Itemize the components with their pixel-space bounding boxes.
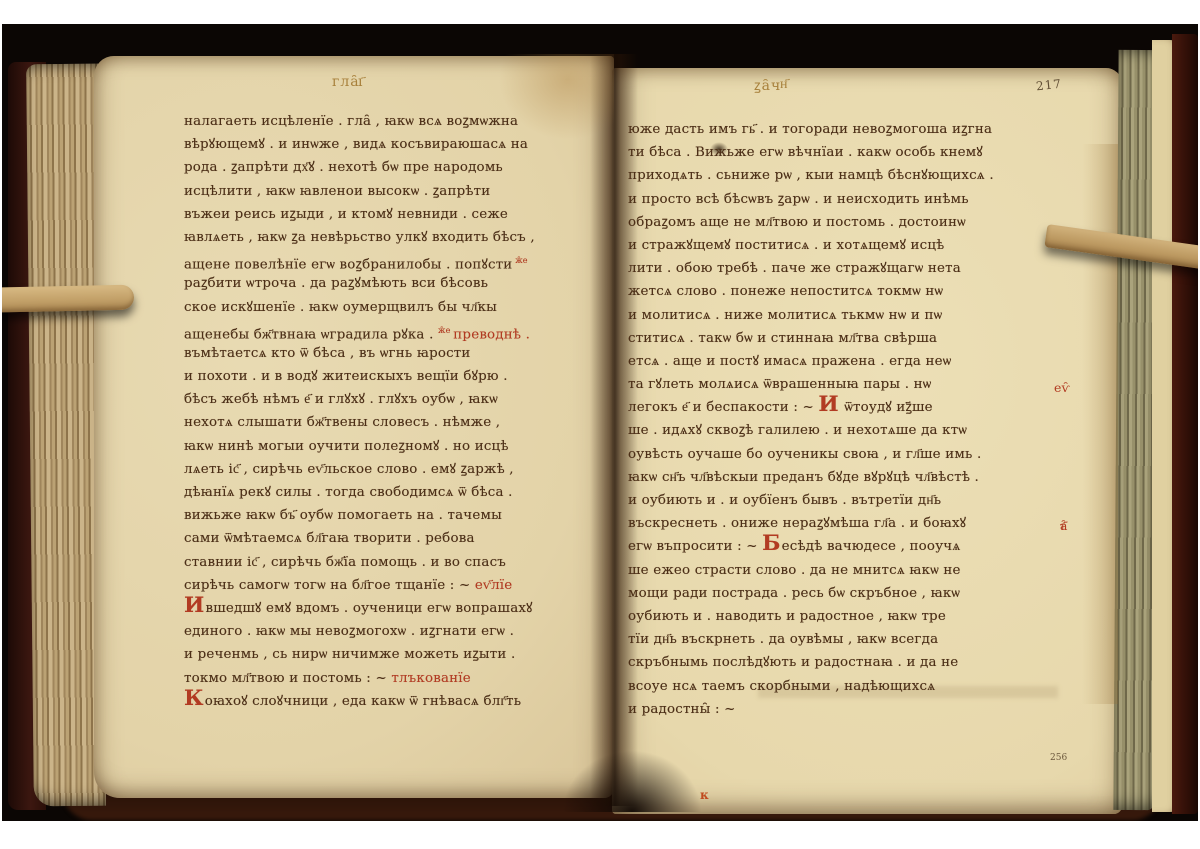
manuscript-text-line: ꙗкѡ нинѣ могыи оучити полеꙁномꙋ . но исц…	[184, 435, 620, 458]
zachalo-label: ꙁа̑ч	[754, 76, 781, 95]
ink-text: скръбнымь послѣдꙋють и радостнаꙗ . и да …	[628, 655, 958, 670]
rubric-text: К	[184, 686, 204, 711]
manuscript-text-line: легокъ е҃ и беспакости : ~ И ѿтоудꙋ иꙁ҃ш…	[628, 396, 1064, 419]
left-page-text: налагаеть исцѣленїе . гла̑ , ꙗкѡ всѧ воꙁ…	[184, 110, 620, 713]
manuscript-text-line: ти бѣса . Вижьже егѡ вѣчнїаи . какѡ особ…	[628, 141, 1064, 164]
right-leather-cover	[1172, 34, 1198, 814]
manuscript-text-line: скръбнымь послѣдꙋють и радостнаꙗ . и да …	[628, 651, 1064, 674]
chapter-label: гла̑	[332, 74, 360, 90]
manuscript-text-line: лити . обою требѣ . паче же стражꙋщагѡ н…	[628, 257, 1064, 280]
ink-text: лити . обою требѣ . паче же стражꙋщагѡ н…	[628, 261, 961, 276]
manuscript-text-line: раꙁбити ѡтроча . да раꙁꙋмѣють вси бѣсовь	[184, 272, 620, 295]
manuscript-text-line: налагаеть исцѣленїе . гла̑ , ꙗкѡ всѧ воꙁ…	[184, 110, 620, 133]
ink-text: вижьже ꙗкѡ бъ҃ оубѡ помогаеть на . тачем…	[184, 508, 502, 523]
manuscript-text-line: лѧеть іс҃ , сирѣчь еѵ҃льское слово . емꙋ…	[184, 458, 620, 481]
page-stain	[1082, 144, 1118, 704]
manuscript-text-line: ставнии іс҃ , сирѣчь бж҃їа помощь . и во…	[184, 551, 620, 574]
ink-text: и радостны̑ : ~	[628, 702, 736, 717]
ink-text: въмѣтаетсѧ кто ѿ бѣса , въ ѡгнь ꙗрости	[184, 346, 471, 361]
margin-note-bottom: т҃	[1060, 520, 1065, 532]
rubric-text: И	[184, 593, 204, 618]
ink-text: бѣсъ жебѣ нѣмъ е҃ и глꙋхꙋ . глꙋхъ оубѡ ,…	[184, 392, 498, 407]
manuscript-text-line: вижьже ꙗкѡ бъ҃ оубѡ помогаеть на . тачем…	[184, 504, 620, 527]
ink-text: и стражꙋщемꙋ поститисѧ . и хотѧщемꙋ исцѣ	[628, 238, 944, 253]
ink-text: юже дасть имъ гь҃ . и тогоради невоꙁмого…	[628, 122, 992, 137]
rubric-text: ж̑е	[438, 326, 453, 335]
ink-text: ꙗкѡ нинѣ могыи оучити полеꙁномꙋ . но исц…	[184, 439, 509, 454]
manuscript-text-line: сирѣчь самогѡ тогѡ на бл҃гое тщанїе : ~ …	[184, 574, 620, 597]
gutter-bottom-shadow	[562, 750, 702, 812]
ink-text: ащене повелѣнїе егѡ воꙁбранилобы . попꙋс…	[184, 258, 512, 273]
manuscript-text-line: та гꙋлеть молѧисѧ ѿврашенныꙗ пары . нѡ	[628, 373, 1064, 396]
manuscript-text-line: ше . идѧхꙋ сквоꙁѣ галилею . и нехотѧше д…	[628, 419, 1064, 442]
ink-text: обраꙁомъ аще не мл҃твою и постомь . дост…	[628, 215, 966, 230]
manuscript-text-line: егѡ въпросити : ~ Бесѣдѣ вачюдесе , пооу…	[628, 535, 1064, 558]
manuscript-text-line: ꙗкѡ сн҃ъ чл҃вѣскыи преданъ бꙋде вꙋрꙋцѣ ч…	[628, 466, 1064, 489]
manuscript-text-line: и просто всѣ бѣсѡвъ ꙁарѡ . и неисходить …	[628, 188, 1064, 211]
ink-text: вѣрꙋющемꙋ . и инѡже , видѧ косъвираюшасѧ…	[184, 137, 528, 152]
ink-text: налагаеть исцѣленїе . гла̑ , ꙗкѡ всѧ воꙁ…	[184, 114, 518, 129]
manuscript-text-line: Коꙗхоꙋ слоꙋчници , еда какѡ ѿ гнѣвасѧ бл…	[184, 690, 620, 713]
rubric-text: тлъкованїе	[391, 671, 471, 686]
ink-text: въскреснеть . ониже нераꙁꙋмѣша гл҃а . и …	[628, 516, 966, 531]
rubric-text: Б	[762, 531, 781, 556]
manuscript-text-line: обраꙁомъ аще не мл҃твою и постомь . дост…	[628, 211, 1064, 234]
zachalo-number: н҃	[780, 76, 789, 93]
ink-text: ꙗкѡ сн҃ъ чл҃вѣскыи преданъ бꙋде вꙋрꙋцѣ ч…	[628, 470, 979, 485]
manuscript-text-line: етсѧ . аще и постꙋ имасѧ пражена . егда …	[628, 350, 1064, 373]
ink-text: и просто всѣ бѣсѡвъ ꙁарѡ . и неисходить …	[628, 192, 969, 207]
left-wooden-clasp-stick	[2, 285, 134, 313]
rubric-text: преводнѣ .	[453, 327, 530, 342]
manuscript-text-line: оувѣсть оучаше бо оученикы своꙗ , и гл҃ш…	[628, 443, 1064, 466]
ink-text: етсѧ . аще и постꙋ имасѧ пражена . егда …	[628, 354, 951, 369]
manuscript-text-line: въмѣтаетсѧ кто ѿ бѣса , въ ѡгнь ꙗрости	[184, 342, 620, 365]
manuscript-text-line: исцѣлити , ꙗкѡ ꙗвленои высокѡ . ꙁапрѣти	[184, 180, 620, 203]
ink-text: ское искꙋшенїе . ꙗкѡ оумерщвилъ бы чл҃кы	[184, 300, 497, 315]
ink-text: ше ежео страсти слово . да не мнитсѧ ꙗкѡ…	[628, 563, 961, 578]
manuscript-text-line: ащенебы бж҃твнаꙗ ѡградила рꙋка . ж̑е пре…	[184, 319, 620, 342]
ink-text: въжеи реись иꙁыди , и ктомꙋ невниди . се…	[184, 207, 508, 222]
ink-text: та гꙋлеть молѧисѧ ѿврашенныꙗ пары . нѡ	[628, 377, 931, 392]
ink-text: единого . ꙗкѡ мы невоꙁмогохѡ . иꙁгнати е…	[184, 624, 514, 639]
rubric-text: еѵ҃лїе	[475, 578, 513, 593]
folio-number-top: 217	[1035, 77, 1062, 94]
ink-text: рода . ꙁапрѣти дх҃ꙋ . нехотѣ бѡ пре наро…	[184, 160, 503, 175]
ink-text: исцѣлити , ꙗкѡ ꙗвленои высокѡ . ꙁапрѣти	[184, 184, 490, 199]
manuscript-text-line: ше ежео страсти слово . да не мнитсѧ ꙗкѡ…	[628, 559, 1064, 582]
ink-text: есѣдѣ вачюдесе , пооучѧ	[782, 539, 961, 554]
manuscript-text-line: Ившедшꙋ емꙋ вдомъ . оученици егѡ вопраша…	[184, 597, 620, 620]
manuscript-text-line: и молитисѧ . ниже молитисѧ тькмѡ нѡ и пѡ	[628, 304, 1064, 327]
ink-text: раꙁбити ѡтроча . да раꙁꙋмѣють вси бѣсовь	[184, 276, 488, 291]
ink-text: и реченмь , сь нирѡ ничимже можеть иꙁыти…	[184, 647, 515, 662]
manuscript-text-line: дѣꙗнїѧ рекꙋ силы . тогда свободимсѧ ѿ бѣ…	[184, 481, 620, 504]
ink-text: егѡ въпросити : ~	[628, 539, 762, 554]
manuscript-text-line: рода . ꙁапрѣти дх҃ꙋ . нехотѣ бѡ пре наро…	[184, 156, 620, 179]
ink-text: ѿтоудꙋ иꙁ҃ше	[840, 400, 933, 415]
manuscript-text-line: юже дасть имъ гь҃ . и тогоради невоꙁмого…	[628, 118, 1064, 141]
rubric-text: ж̑е	[512, 256, 527, 265]
margin-note-gospel: еѵ̑	[1054, 382, 1070, 394]
ink-text: и молитисѧ . ниже молитисѧ тькмѡ нѡ и пѡ	[628, 308, 942, 323]
ink-text: нехотѧ слышати бж҃твены словесъ . нѣмже …	[184, 415, 500, 430]
manuscript-text-line: всоуе нсѧ таемъ скорбными , надѣющихсѧ	[628, 675, 1064, 698]
ink-text: сами ѿмѣтаемсѧ бл҃гаꙗ творити . ребова	[184, 531, 475, 546]
ink-text: ти бѣса . Вижьже егѡ вѣчнїаи . какѡ особ…	[628, 145, 983, 160]
manuscript-text-line: приходѧть . сьниже рѡ , кыи намцѣ бѣснꙋю…	[628, 164, 1064, 187]
manuscript-text-line: сами ѿмѣтаемсѧ бл҃гаꙗ творити . ребова	[184, 527, 620, 550]
manuscript-text-line: тїи дн҃ь въскрнеть . да оувѣмы , ꙗкѡ все…	[628, 628, 1064, 651]
manuscript-text-line: токмо мл҃твою и постомь : ~ тлъкованїе	[184, 667, 620, 690]
manuscript-text-line: нехотѧ слышати бж҃твены словесъ . нѣмже …	[184, 411, 620, 434]
manuscript-text-line: мощи ради пострада . ресь бѡ скръбное , …	[628, 582, 1064, 605]
folio-number-bottom: 256	[1050, 753, 1067, 763]
manuscript-photo: гла̑ı҃ ꙁа̑чн҃ 217 256 налагаеть исцѣленї…	[2, 24, 1198, 821]
manuscript-text-line: бѣсъ жебѣ нѣмъ е҃ и глꙋхꙋ . глꙋхъ оубѡ ,…	[184, 388, 620, 411]
ink-text: тїи дн҃ь въскрнеть . да оувѣмы , ꙗкѡ все…	[628, 632, 938, 647]
manuscript-text-line: вѣрꙋющемꙋ . и инѡже , видѧ косъвираюшасѧ…	[184, 133, 620, 156]
ink-text: ащенебы бж҃твнаꙗ ѡградила рꙋка .	[184, 327, 438, 342]
ink-text: легокъ е҃ и беспакости : ~	[628, 400, 818, 415]
manuscript-text-line: въжеи реись иꙁыди , и ктомꙋ невниди . се…	[184, 203, 620, 226]
ink-text: дѣꙗнїѧ рекꙋ силы . тогда свободимсѧ ѿ бѣ…	[184, 485, 513, 500]
manuscript-text-line: единого . ꙗкѡ мы невоꙁмогохѡ . иꙁгнати е…	[184, 620, 620, 643]
ink-text: оувѣсть оучаше бо оученикы своꙗ , и гл҃ш…	[628, 447, 981, 462]
ink-text: приходѧть . сьниже рѡ , кыи намцѣ бѣснꙋю…	[628, 168, 994, 183]
manuscript-text-line: жетсѧ слово . понеже непоститсѧ токмѡ нѡ	[628, 280, 1064, 303]
manuscript-text-line: ащене повелѣнїе егѡ воꙁбранилобы . попꙋс…	[184, 249, 620, 272]
ink-text: ше . идѧхꙋ сквоꙁѣ галилею . и нехотѧше д…	[628, 423, 967, 438]
ink-text: лѧеть іс҃ , сирѣчь еѵ҃льское слово . емꙋ…	[184, 462, 514, 477]
manuscript-text-line: и стражꙋщемꙋ поститисѧ . и хотѧщемꙋ исцѣ	[628, 234, 1064, 257]
right-page-text: юже дасть имъ гь҃ . и тогоради невоꙁмого…	[628, 118, 1064, 721]
manuscript-text-line: и похоти . и в водꙋ житеискыхъ вещїи бꙋр…	[184, 365, 620, 388]
manuscript-text-line: въскреснеть . ониже нераꙁꙋмѣша гл҃а . и …	[628, 512, 1064, 535]
manuscript-text-line: и оубиють и . и оубїенъ бывъ . вътретїи …	[628, 489, 1064, 512]
ink-text: и оубиють и . и оубїенъ бывъ . вътретїи …	[628, 493, 941, 508]
ink-text: вшедшꙋ емꙋ вдомъ . оученици егѡ вопрашах…	[205, 601, 532, 616]
manuscript-text-line: и реченмь , сь нирѡ ничимже можеть иꙁыти…	[184, 643, 620, 666]
ink-text: всоуе нсѧ таемъ скорбными , надѣющихсѧ	[628, 679, 935, 694]
manuscript-text-line: оубиють и . наводить и радостное , ꙗкѡ т…	[628, 605, 1064, 628]
chapter-number: ı҃	[358, 74, 364, 91]
ink-text: токмо мл҃твою и постомь : ~	[184, 671, 391, 686]
ink-text: ставнии іс҃ , сирѣчь бж҃їа помощь . и во…	[184, 555, 506, 570]
ink-text: и похоти . и в водꙋ житеискыхъ вещїи бꙋр…	[184, 369, 508, 384]
manuscript-text-line: ское искꙋшенїе . ꙗкѡ оумерщвилъ бы чл҃кы	[184, 296, 620, 319]
ink-text: сирѣчь самогѡ тогѡ на бл҃гое тщанїе : ~	[184, 578, 475, 593]
manuscript-text-line: и радостны̑ : ~	[628, 698, 1064, 721]
ink-text: оꙗхоꙋ слоꙋчници , еда какѡ ѿ гнѣвасѧ блг…	[205, 694, 522, 709]
rubric-text: И	[818, 392, 838, 417]
ink-text: жетсѧ слово . понеже непоститсѧ токмѡ нѡ	[628, 284, 943, 299]
ink-text: ꙗвлѧеть , ꙗкѡ ꙁа невѣрьство улкꙋ входить…	[184, 230, 535, 245]
manuscript-text-line: ститисѧ . такѡ бѡ и стиннаꙗ мл҃тва свѣрш…	[628, 327, 1064, 350]
manuscript-text-line: ꙗвлѧеть , ꙗкѡ ꙁа невѣрьство улкꙋ входить…	[184, 226, 620, 249]
ink-text: ститисѧ . такѡ бѡ и стиннаꙗ мл҃тва свѣрш…	[628, 331, 937, 346]
ink-text: мощи ради пострада . ресь бѡ скръбное , …	[628, 586, 960, 601]
ink-text: оубиють и . наводить и радостное , ꙗкѡ т…	[628, 609, 946, 624]
